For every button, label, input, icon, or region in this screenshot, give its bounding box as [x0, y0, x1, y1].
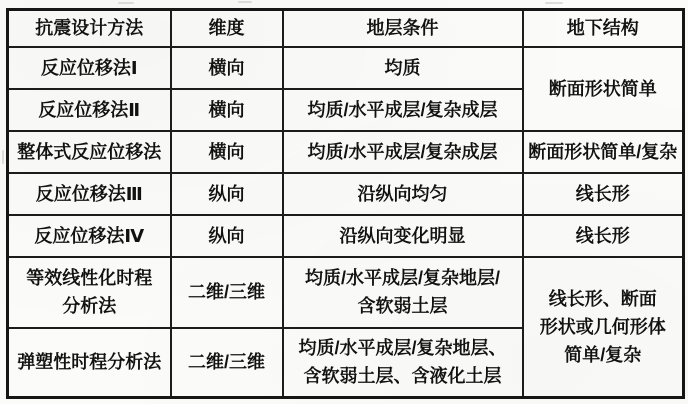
cell-method: 反应位移法Ⅲ — [8, 173, 171, 215]
header-cell-structure: 地下结构 — [523, 10, 684, 47]
cell-method: 反应位移法Ⅳ — [8, 215, 171, 257]
cell-ground: 均质/水平成层/复杂成层 — [283, 89, 523, 131]
cell-dimension: 二维/三维 — [171, 257, 283, 328]
cell-dimension: 横向 — [171, 131, 283, 173]
cell-dimension: 横向 — [171, 89, 283, 131]
cell-structure: 线长形 — [523, 215, 684, 257]
header-cell-ground: 地层条件 — [283, 10, 523, 47]
scan-artifact — [2, 150, 4, 164]
cell-method: 弹塑性时程分析法 — [8, 328, 171, 398]
table-row: 反应位移法Ⅳ 纵向 沿纵向变化明显 线长形 — [8, 215, 684, 257]
cell-ground: 沿纵向均匀 — [283, 173, 523, 215]
cell-ground: 均质/水平成层/复杂成层 — [283, 131, 523, 173]
table-row: 反应位移法Ⅲ 纵向 沿纵向均匀 线长形 — [8, 173, 684, 215]
scan-artifact — [118, 2, 134, 4]
cell-dimension: 二维/三维 — [171, 328, 283, 398]
cell-method: 整体式反应位移法 — [8, 131, 171, 173]
header-cell-method: 抗震设计方法 — [8, 10, 171, 47]
cell-ground: 均质/水平成层/复杂地层/ 含软弱土层 — [283, 257, 523, 328]
cell-dimension: 横向 — [171, 47, 283, 89]
cell-structure-merged: 断面形状简单 — [523, 47, 684, 131]
cell-structure: 断面形状简单/复杂 — [523, 131, 684, 173]
scan-artifact — [545, 2, 563, 4]
table-row: 等效线性化时程 分析法 二维/三维 均质/水平成层/复杂地层/ 含软弱土层 线长… — [8, 257, 684, 328]
cell-method: 反应位移法Ⅱ — [8, 89, 171, 131]
cell-dimension: 纵向 — [171, 173, 283, 215]
cell-structure-merged: 线长形、断面 形状或几何形体 简单/复杂 — [523, 257, 684, 398]
scanned-page: 抗震设计方法 维度 地层条件 地下结构 反应位移法Ⅰ 横向 均质 断面形状简单 … — [0, 0, 688, 404]
seismic-design-methods-table: 抗震设计方法 维度 地层条件 地下结构 反应位移法Ⅰ 横向 均质 断面形状简单 … — [6, 8, 685, 399]
header-cell-dimension: 维度 — [171, 10, 283, 47]
table-row: 反应位移法Ⅰ 横向 均质 断面形状简单 — [8, 47, 684, 89]
cell-method: 反应位移法Ⅰ — [8, 47, 171, 89]
cell-ground: 均质 — [283, 47, 523, 89]
cell-method: 等效线性化时程 分析法 — [8, 257, 171, 328]
cell-ground: 均质/水平成层/复杂地层、 含软弱土层、含液化土层 — [283, 328, 523, 398]
cell-structure: 线长形 — [523, 173, 684, 215]
header-row: 抗震设计方法 维度 地层条件 地下结构 — [8, 10, 684, 47]
table-row: 整体式反应位移法 横向 均质/水平成层/复杂成层 断面形状简单/复杂 — [8, 131, 684, 173]
scan-artifact — [238, 1, 252, 3]
cell-ground: 沿纵向变化明显 — [283, 215, 523, 257]
cell-dimension: 纵向 — [171, 215, 283, 257]
